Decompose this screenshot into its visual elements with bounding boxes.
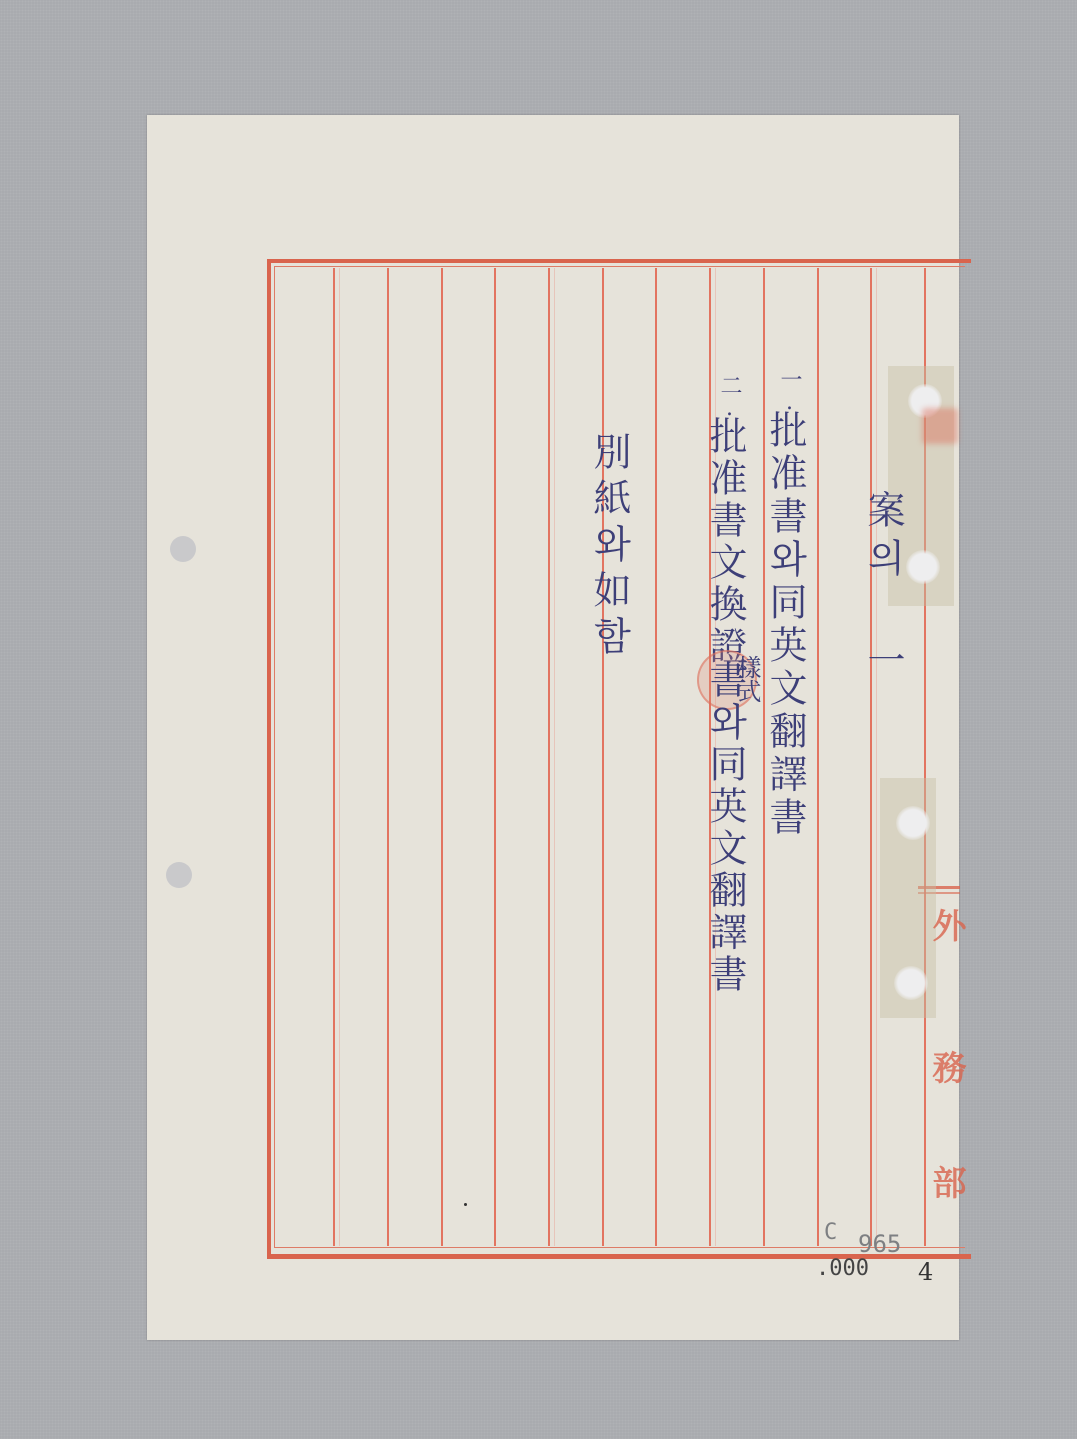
column-rule-faint: [339, 268, 340, 1246]
ink-dot: [464, 1203, 467, 1206]
column-rule: [548, 268, 550, 1246]
column-rule: [333, 268, 335, 1246]
column-rule: [870, 268, 872, 1246]
margin-stamp-char: 外: [922, 908, 971, 942]
item-2-text-part-2: 書와同英文翻譯書: [706, 660, 744, 996]
tape-hole: [894, 966, 928, 1000]
column-rule-faint: [876, 268, 877, 1246]
archive-number: 965: [858, 1230, 901, 1258]
item-2-text-part-1: 批准書文換證: [706, 416, 744, 668]
column-rule: [387, 268, 389, 1246]
column-rule: [602, 268, 604, 1246]
tape-hole: [896, 806, 930, 840]
red-smear: [922, 408, 958, 444]
tape-hole: [906, 550, 940, 584]
column-rule: [441, 268, 443, 1246]
page-number: 4: [918, 1258, 933, 1286]
item-2-marker: 二.: [718, 374, 740, 421]
page-code: .000: [816, 1256, 869, 1281]
margin-stamp-char: 部: [922, 1165, 971, 1199]
document-heading: 案의 一: [864, 490, 902, 688]
column-rule: [655, 268, 657, 1246]
item-1-text: 批准書와同英文翻譯書: [766, 410, 804, 840]
attachment-note: 別紙와如함: [590, 432, 628, 662]
punch-hole-bottom: [166, 862, 192, 888]
column-rule: [494, 268, 496, 1246]
margin-stamp-char: 務: [922, 1050, 971, 1084]
column-rule-faint: [554, 268, 555, 1246]
column-rule: [817, 268, 819, 1246]
ruled-frame-inner: [274, 266, 965, 1248]
item-1-marker: 一.: [778, 368, 800, 415]
archive-prefix: C: [824, 1220, 837, 1245]
punch-hole-top: [170, 536, 196, 562]
